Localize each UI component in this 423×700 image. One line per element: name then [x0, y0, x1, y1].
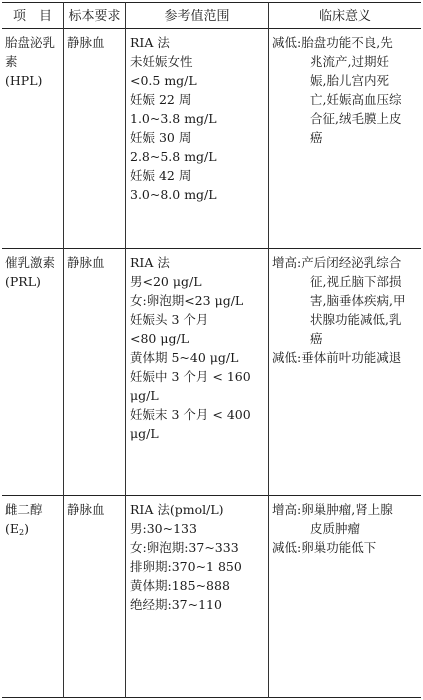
item-abbr: (E2)	[5, 519, 43, 542]
reference-cell: RIA 法 未妊娠女性 <0.5 mg/L 妊娠 22 周 1.0~3.8 mg…	[130, 33, 217, 204]
column-divider	[63, 2, 64, 698]
increase-label: 增高:	[272, 502, 301, 517]
reference-line: 排卵期:370~1 850	[130, 557, 242, 576]
row-divider	[2, 248, 421, 249]
reference-line: μg/L	[130, 386, 251, 405]
reference-line: 2.8~5.8 mg/L	[130, 147, 217, 166]
specimen-cell: 静脉血	[67, 33, 105, 52]
reference-line: 妊娠 42 周	[130, 166, 217, 185]
reference-line: 未妊娠女性	[130, 52, 217, 71]
significance-cell: 增高:产后闭经泌乳综合 征,视丘脑下部损 害,脑垂体疾病,甲 状腺功能减低,乳 …	[272, 253, 405, 367]
item-name: 雌二醇	[5, 500, 43, 519]
significance-line: 增高:卵巢肿瘤,肾上腺	[272, 500, 393, 519]
reference-line: 妊娠 22 周	[130, 90, 217, 109]
decrease-label: 减低:	[272, 35, 301, 50]
table-bottom-rule	[2, 697, 421, 698]
item-name: 胎盘泌乳	[5, 33, 55, 52]
reference-line: 女:卵泡期:37~333	[130, 538, 242, 557]
table-top-rule	[2, 2, 421, 3]
reference-line: 绝经期:37~110	[130, 595, 242, 614]
reference-cell: RIA 法 男<20 μg/L 女:卵泡期<23 μg/L 妊娠头 3 个月 <…	[130, 253, 251, 443]
increase-label: 增高:	[272, 255, 301, 270]
significance-line: 癌	[272, 329, 405, 348]
reference-line: 妊娠 30 周	[130, 128, 217, 147]
reference-line: 黄体期:185~888	[130, 576, 242, 595]
decrease-label: 减低:	[272, 540, 301, 555]
significance-line: 减低:卵巢功能低下	[272, 538, 393, 557]
reference-line: 妊娠头 3 个月	[130, 310, 251, 329]
significance-line: 癌	[272, 128, 401, 147]
header-rule	[2, 28, 421, 29]
significance-line: 亡,妊娠高血压综	[272, 90, 401, 109]
table-row-e2-item: 雌二醇 (E2)	[5, 500, 43, 542]
significance-line: 皮质肿瘤	[272, 519, 393, 538]
header-reference: 参考值范围	[126, 7, 268, 26]
item-abbr: (PRL)	[5, 272, 55, 291]
significance-line: 增高:产后闭经泌乳综合	[272, 253, 405, 272]
reference-line: 黄体期 5~40 μg/L	[130, 348, 251, 367]
decrease-label: 减低:	[272, 350, 301, 365]
header-item: 项 目	[2, 7, 63, 26]
significance-line: 减低:垂体前叶功能减退	[272, 348, 405, 367]
reference-line: 男<20 μg/L	[130, 272, 251, 291]
significance-line: 减低:胎盘功能不良,先	[272, 33, 401, 52]
reference-line: RIA 法	[130, 253, 251, 272]
reference-line: RIA 法	[130, 33, 217, 52]
item-name: 催乳激素	[5, 253, 55, 272]
reference-line: 男:30~133	[130, 519, 242, 538]
significance-line: 娠,胎儿宫内死	[272, 71, 401, 90]
significance-cell: 增高:卵巢肿瘤,肾上腺 皮质肿瘤 减低:卵巢功能低下	[272, 500, 393, 557]
reference-line: 3.0~8.0 mg/L	[130, 185, 217, 204]
significance-line: 害,脑垂体疾病,甲	[272, 291, 405, 310]
specimen-cell: 静脉血	[67, 253, 105, 272]
table-row-hpl-item: 胎盘泌乳 素 (HPL)	[5, 33, 55, 90]
item-abbr: (HPL)	[5, 71, 55, 90]
row-divider	[2, 495, 421, 496]
reference-line: 女:卵泡期<23 μg/L	[130, 291, 251, 310]
reference-line: 妊娠中 3 个月 < 160	[130, 367, 251, 386]
reference-line: 妊娠末 3 个月 < 400	[130, 405, 251, 424]
significance-line: 征,视丘脑下部损	[272, 272, 405, 291]
reference-line: 1.0~3.8 mg/L	[130, 109, 217, 128]
column-divider	[125, 2, 126, 698]
significance-line: 合征,绒毛膜上皮	[272, 109, 401, 128]
reference-line: <0.5 mg/L	[130, 71, 217, 90]
reference-line: μg/L	[130, 424, 251, 443]
column-divider	[268, 2, 269, 698]
specimen-cell: 静脉血	[67, 500, 105, 519]
significance-line: 兆流产,过期妊	[272, 52, 401, 71]
significance-cell: 减低:胎盘功能不良,先 兆流产,过期妊 娠,胎儿宫内死 亡,妊娠高血压综 合征,…	[272, 33, 401, 147]
header-significance: 临床意义	[269, 7, 421, 26]
header-specimen: 标本要求	[64, 7, 125, 26]
reference-line: <80 μg/L	[130, 329, 251, 348]
item-name: 素	[5, 52, 55, 71]
hormone-reference-table: 项 目 标本要求 参考值范围 临床意义 胎盘泌乳 素 (HPL) 静脉血 RIA…	[2, 2, 421, 698]
reference-line: RIA 法(pmol/L)	[130, 500, 242, 519]
reference-cell: RIA 法(pmol/L) 男:30~133 女:卵泡期:37~333 排卵期:…	[130, 500, 242, 614]
table-row-prl-item: 催乳激素 (PRL)	[5, 253, 55, 291]
significance-line: 状腺功能减低,乳	[272, 310, 405, 329]
